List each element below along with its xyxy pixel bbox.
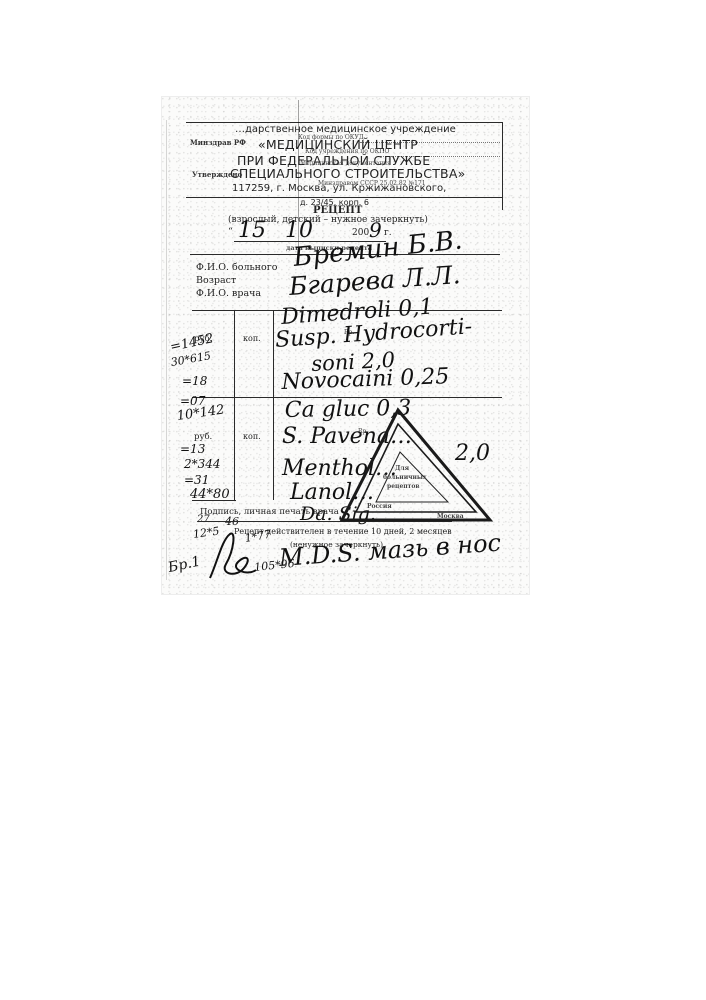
margin-note: 44*80 bbox=[190, 487, 230, 502]
rub-label-2: руб. bbox=[194, 432, 212, 442]
rub-kop-divider bbox=[234, 310, 235, 500]
margin-note: 2*344 bbox=[184, 457, 221, 471]
margin-note: =18 bbox=[182, 374, 207, 388]
institution-line4: СПЕЦИАЛЬНОГО СТРОИТЕЛЬСТВА» bbox=[230, 166, 465, 181]
address-line1: 117259, г. Москва, ул. Кржижановского, bbox=[232, 183, 446, 194]
age-label: Возраст bbox=[196, 275, 236, 286]
stamp-text-3: рецептов bbox=[387, 483, 420, 490]
stamp-corner-text: Москва bbox=[437, 513, 464, 520]
ministry-label: Минздрав РФ bbox=[190, 138, 246, 147]
date-month: 10 bbox=[285, 218, 313, 243]
date-day: 15 bbox=[238, 218, 266, 243]
header-right-border bbox=[502, 122, 503, 210]
stamp-text-1: Для bbox=[395, 465, 409, 472]
margin-note: =13 bbox=[180, 442, 205, 456]
patient-label: Ф.И.О. больного bbox=[196, 262, 277, 273]
stamp-bottom-text: Россия bbox=[367, 503, 392, 510]
pharmacy-stamp bbox=[336, 406, 496, 526]
doctor-label: Ф.И.О. врача bbox=[196, 288, 261, 299]
kop-label-1: коп. bbox=[243, 334, 261, 343]
margin-note: =31 bbox=[184, 473, 209, 487]
signature-label: Подпись, личная печать врача bbox=[200, 507, 339, 517]
kop-label-2: коп. bbox=[243, 432, 261, 441]
doctor-signature bbox=[200, 530, 260, 585]
stamp-text-2: больничных bbox=[383, 474, 427, 481]
scan-edge-line bbox=[166, 120, 167, 580]
